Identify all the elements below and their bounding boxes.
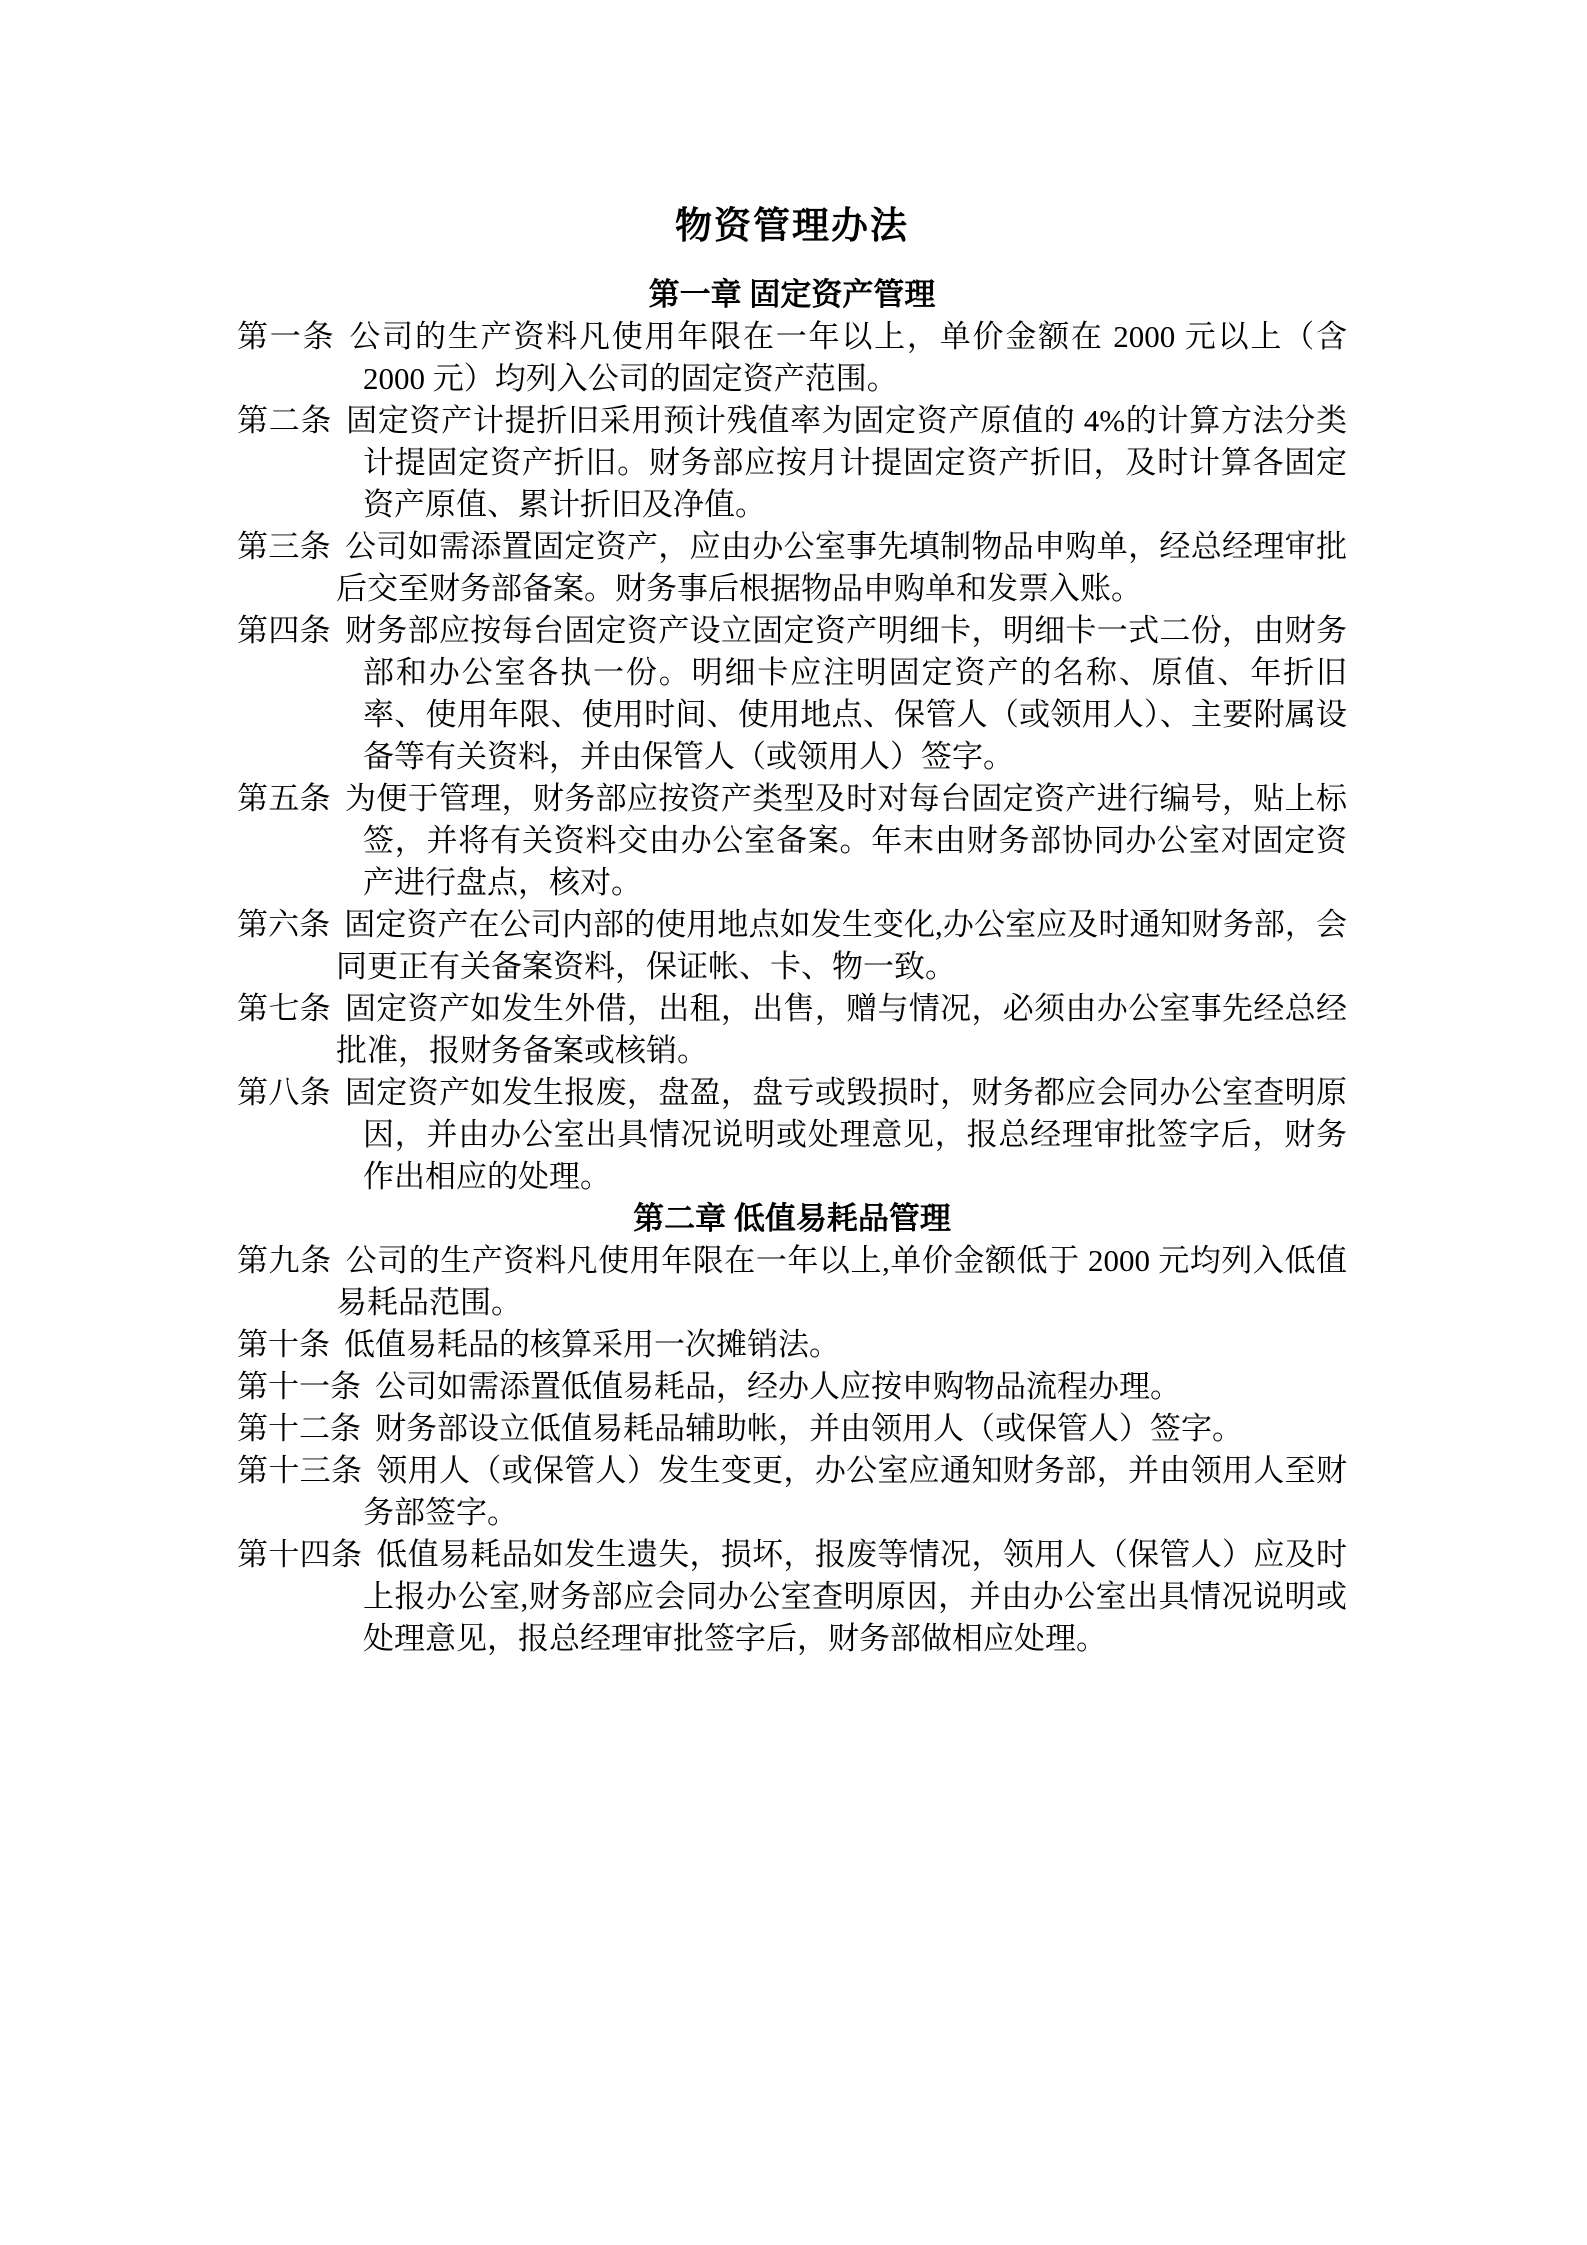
article-number: 第七条	[237, 991, 331, 1026]
article-paragraph: 第六条固定资产在公司内部的使用地点如发生变化,办公室应及时通知财务部，会同更正有…	[237, 904, 1347, 988]
article-paragraph: 第十四条低值易耗品如发生遗失，损坏，报废等情况，领用人（保管人）应及时上报办公室…	[237, 1534, 1347, 1660]
document-page: 物资管理办法 第一章 固定资产管理第一条公司的生产资料凡使用年限在一年以上，单价…	[0, 0, 1587, 2245]
article-paragraph: 第三条公司如需添置固定资产，应由办公室事先填制物品申购单，经总经理审批后交至财务…	[237, 526, 1347, 610]
article-text: 固定资产如发生报废，盘盈，盘亏或毁损时，财务都应会同办公室查明原因，并由办公室出…	[345, 1075, 1347, 1194]
article-number: 第十二条	[237, 1411, 361, 1446]
article-text: 财务部设立低值易耗品辅助帐，并由领用人（或保管人）签字。	[375, 1411, 1243, 1446]
article-paragraph: 第十三条领用人（或保管人）发生变更，办公室应通知财务部，并由领用人至财务部签字。	[237, 1450, 1347, 1534]
article-paragraph: 第九条公司的生产资料凡使用年限在一年以上,单价金额低于 2000 元均列入低值易…	[237, 1240, 1347, 1324]
article-paragraph: 第七条固定资产如发生外借，出租，出售，赠与情况，必须由办公室事先经总经批准，报财…	[237, 988, 1347, 1072]
article-text: 财务部应按每台固定资产设立固定资产明细卡，明细卡一式二份，由财务部和办公室各执一…	[345, 613, 1347, 774]
article-number: 第六条	[237, 907, 330, 942]
article-text: 低值易耗品的核算采用一次摊销法。	[344, 1327, 840, 1362]
article-paragraph: 第八条固定资产如发生报废，盘盈，盘亏或毁损时，财务都应会同办公室查明原因，并由办…	[237, 1072, 1347, 1198]
article-text: 公司的生产资料凡使用年限在一年以上，单价金额在 2000 元以上（含 2000 …	[349, 319, 1347, 396]
article-text: 公司如需添置固定资产，应由办公室事先填制物品申购单，经总经理审批后交至财务部备案…	[336, 529, 1347, 606]
article-paragraph: 第十条低值易耗品的核算采用一次摊销法。	[237, 1324, 1347, 1366]
article-number: 第八条	[237, 1075, 331, 1110]
article-text: 固定资产计提折旧采用预计残值率为固定资产原值的 4%的计算方法分类计提固定资产折…	[346, 403, 1347, 522]
article-paragraph: 第十二条财务部设立低值易耗品辅助帐，并由领用人（或保管人）签字。	[237, 1408, 1347, 1450]
article-text: 公司的生产资料凡使用年限在一年以上,单价金额低于 2000 元均列入低值易耗品范…	[336, 1243, 1347, 1320]
article-number: 第二条	[237, 403, 332, 438]
article-number: 第九条	[237, 1243, 332, 1278]
article-paragraph: 第二条固定资产计提折旧采用预计残值率为固定资产原值的 4%的计算方法分类计提固定…	[237, 400, 1347, 526]
article-number: 第十四条	[237, 1537, 362, 1572]
article-text: 公司如需添置低值易耗品，经办人应按申购物品流程办理。	[375, 1369, 1181, 1404]
article-number: 第五条	[237, 781, 331, 816]
chapter-heading: 第二章 低值易耗品管理	[237, 1198, 1347, 1240]
article-paragraph: 第四条财务部应按每台固定资产设立固定资产明细卡，明细卡一式二份，由财务部和办公室…	[237, 610, 1347, 778]
article-number: 第一条	[237, 319, 335, 354]
article-text: 固定资产在公司内部的使用地点如发生变化,办公室应及时通知财务部，会同更正有关备案…	[336, 907, 1347, 984]
article-text: 领用人（或保管人）发生变更，办公室应通知财务部，并由领用人至财务部签字。	[363, 1453, 1347, 1530]
article-number: 第十三条	[237, 1453, 362, 1488]
article-text: 固定资产如发生外借，出租，出售，赠与情况，必须由办公室事先经总经批准，报财务备案…	[336, 991, 1347, 1068]
article-number: 第十一条	[237, 1369, 361, 1404]
article-text: 为便于管理，财务部应按资产类型及时对每台固定资产进行编号，贴上标签，并将有关资料…	[345, 781, 1347, 900]
document-content: 第一章 固定资产管理第一条公司的生产资料凡使用年限在一年以上，单价金额在 200…	[237, 274, 1347, 1660]
article-paragraph: 第五条为便于管理，财务部应按资产类型及时对每台固定资产进行编号，贴上标签，并将有…	[237, 778, 1347, 904]
article-number: 第三条	[237, 529, 331, 564]
article-paragraph: 第十一条公司如需添置低值易耗品，经办人应按申购物品流程办理。	[237, 1366, 1347, 1408]
article-number: 第四条	[237, 613, 331, 648]
article-paragraph: 第一条公司的生产资料凡使用年限在一年以上，单价金额在 2000 元以上（含 20…	[237, 316, 1347, 400]
article-text: 低值易耗品如发生遗失，损坏，报废等情况，领用人（保管人）应及时上报办公室,财务部…	[363, 1537, 1347, 1656]
chapter-heading: 第一章 固定资产管理	[237, 274, 1347, 316]
article-number: 第十条	[237, 1327, 330, 1362]
document-title: 物资管理办法	[237, 204, 1347, 250]
